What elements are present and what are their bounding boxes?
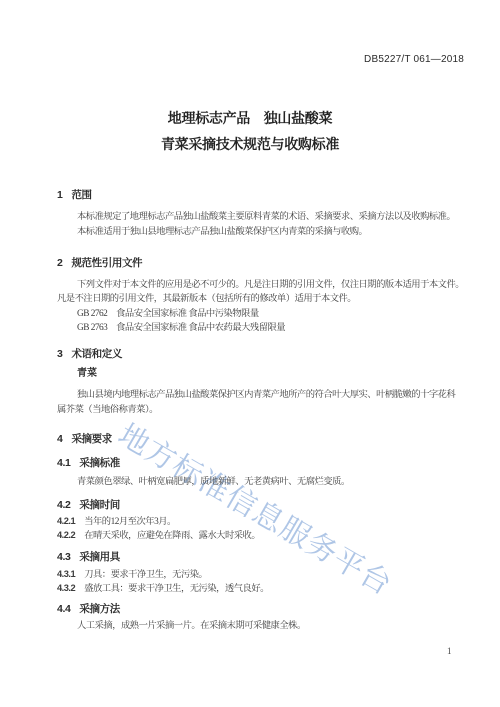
section-1-number: 1 bbox=[57, 189, 62, 201]
section-4-1-paragraph: 青菜颜色翠绿、叶柄宽扁肥厚，质地新鲜、无老黄病叶、无腐烂变质。 bbox=[77, 478, 350, 487]
section-4-2-number: 4.2 bbox=[57, 499, 70, 511]
section-2-paragraph-line-2: 凡是不注日期的引用文件，其最新版本（包括所有的修改单）适用于本文件。 bbox=[57, 295, 356, 304]
page-title-line-2: 青菜采摘技术规范与收购标准 bbox=[0, 137, 500, 151]
normative-reference-2: GB 2763 食品安全国家标准 食品中农药最大残留限量 bbox=[77, 324, 285, 333]
section-4-4-paragraph: 人工采摘，成熟一片采摘一片。在采摘末期可采健康全株。 bbox=[77, 622, 306, 631]
section-3-heading: 3术语和定义 bbox=[57, 349, 122, 360]
section-4-4-heading: 4.4采摘方法 bbox=[57, 604, 120, 615]
section-4-4-number: 4.4 bbox=[57, 603, 70, 615]
term-label: 青菜 bbox=[77, 369, 97, 379]
section-4-1-heading: 4.1采摘标准 bbox=[57, 458, 120, 469]
clause-4-3-2-number: 4.3.2 bbox=[57, 583, 75, 593]
clause-4-3-1-text: 刀具：要求干净卫生，无污染。 bbox=[84, 570, 207, 580]
section-4-1-number: 4.1 bbox=[57, 457, 70, 469]
doc-code: DB5227/T 061—2018 bbox=[364, 55, 464, 65]
clause-4-2-2-text: 在晴天采收，应避免在降雨、露水大时采收。 bbox=[84, 531, 260, 541]
section-3-title: 术语和定义 bbox=[71, 348, 122, 360]
term-definition-line-1: 独山县境内地理标志产品独山盐酸菜保护区内青菜产地所产的符合叶大厚实、叶柄脆嫩的十… bbox=[77, 391, 455, 400]
section-3-number: 3 bbox=[57, 348, 62, 360]
clause-4-2-1: 4.2.1当年的12月至次年3月。 bbox=[57, 517, 176, 527]
term-definition-line-2: 属芥菜（当地俗称青菜）。 bbox=[57, 406, 158, 415]
page-number: 1 bbox=[447, 647, 452, 656]
section-4-2-heading: 4.2采摘时间 bbox=[57, 500, 120, 511]
section-4-4-title: 采摘方法 bbox=[79, 603, 119, 615]
section-4-1-title: 采摘标准 bbox=[79, 457, 119, 469]
clause-4-3-1: 4.3.1刀具：要求干净卫生，无污染。 bbox=[57, 570, 207, 580]
section-1-title: 范围 bbox=[71, 189, 91, 201]
section-4-heading: 4采摘要求 bbox=[57, 434, 112, 445]
section-2-paragraph-line-1: 下列文件对于本文件的应用是必不可少的。凡是注日期的引用文件，仅注日期的版本适用于… bbox=[77, 281, 464, 290]
clause-4-2-1-number: 4.2.1 bbox=[57, 516, 75, 526]
clause-4-2-1-text: 当年的12月至次年3月。 bbox=[84, 517, 176, 527]
section-4-3-heading: 4.3采摘用具 bbox=[57, 552, 120, 563]
clause-4-3-2-text: 盛放工具：要求干净卫生，无污染，透气良好。 bbox=[84, 584, 269, 594]
page-title-line-1: 地理标志产品 独山盐酸菜 bbox=[0, 111, 500, 125]
section-1-paragraph-1: 本标准规定了地理标志产品独山盐酸菜主要原料青菜的术语、采摘要求、采摘方法以及收购… bbox=[77, 213, 455, 222]
section-4-number: 4 bbox=[57, 433, 62, 445]
clause-4-2-2-number: 4.2.2 bbox=[57, 530, 75, 540]
section-1-heading: 1范围 bbox=[57, 190, 92, 201]
section-1-paragraph-2: 本标准适用于独山县地理标志产品独山盐酸菜保护区内青菜的采摘与收购。 bbox=[77, 228, 367, 237]
clause-4-3-2: 4.3.2盛放工具：要求干净卫生，无污染，透气良好。 bbox=[57, 584, 269, 594]
section-4-2-title: 采摘时间 bbox=[79, 499, 119, 511]
document-page: 地方标准信息服务平台 DB5227/T 061—2018 地理标志产品 独山盐酸… bbox=[0, 0, 500, 707]
clause-4-2-2: 4.2.2在晴天采收，应避免在降雨、露水大时采收。 bbox=[57, 531, 260, 541]
clause-4-3-1-number: 4.3.1 bbox=[57, 569, 75, 579]
section-4-3-title: 采摘用具 bbox=[79, 551, 119, 563]
section-2-title: 规范性引用文件 bbox=[71, 257, 142, 269]
section-4-title: 采摘要求 bbox=[71, 433, 111, 445]
section-4-3-number: 4.3 bbox=[57, 551, 70, 563]
normative-reference-1: GB 2762 食品安全国家标准 食品中污染物限量 bbox=[77, 310, 259, 319]
section-2-heading: 2规范性引用文件 bbox=[57, 258, 142, 269]
section-2-number: 2 bbox=[57, 257, 62, 269]
